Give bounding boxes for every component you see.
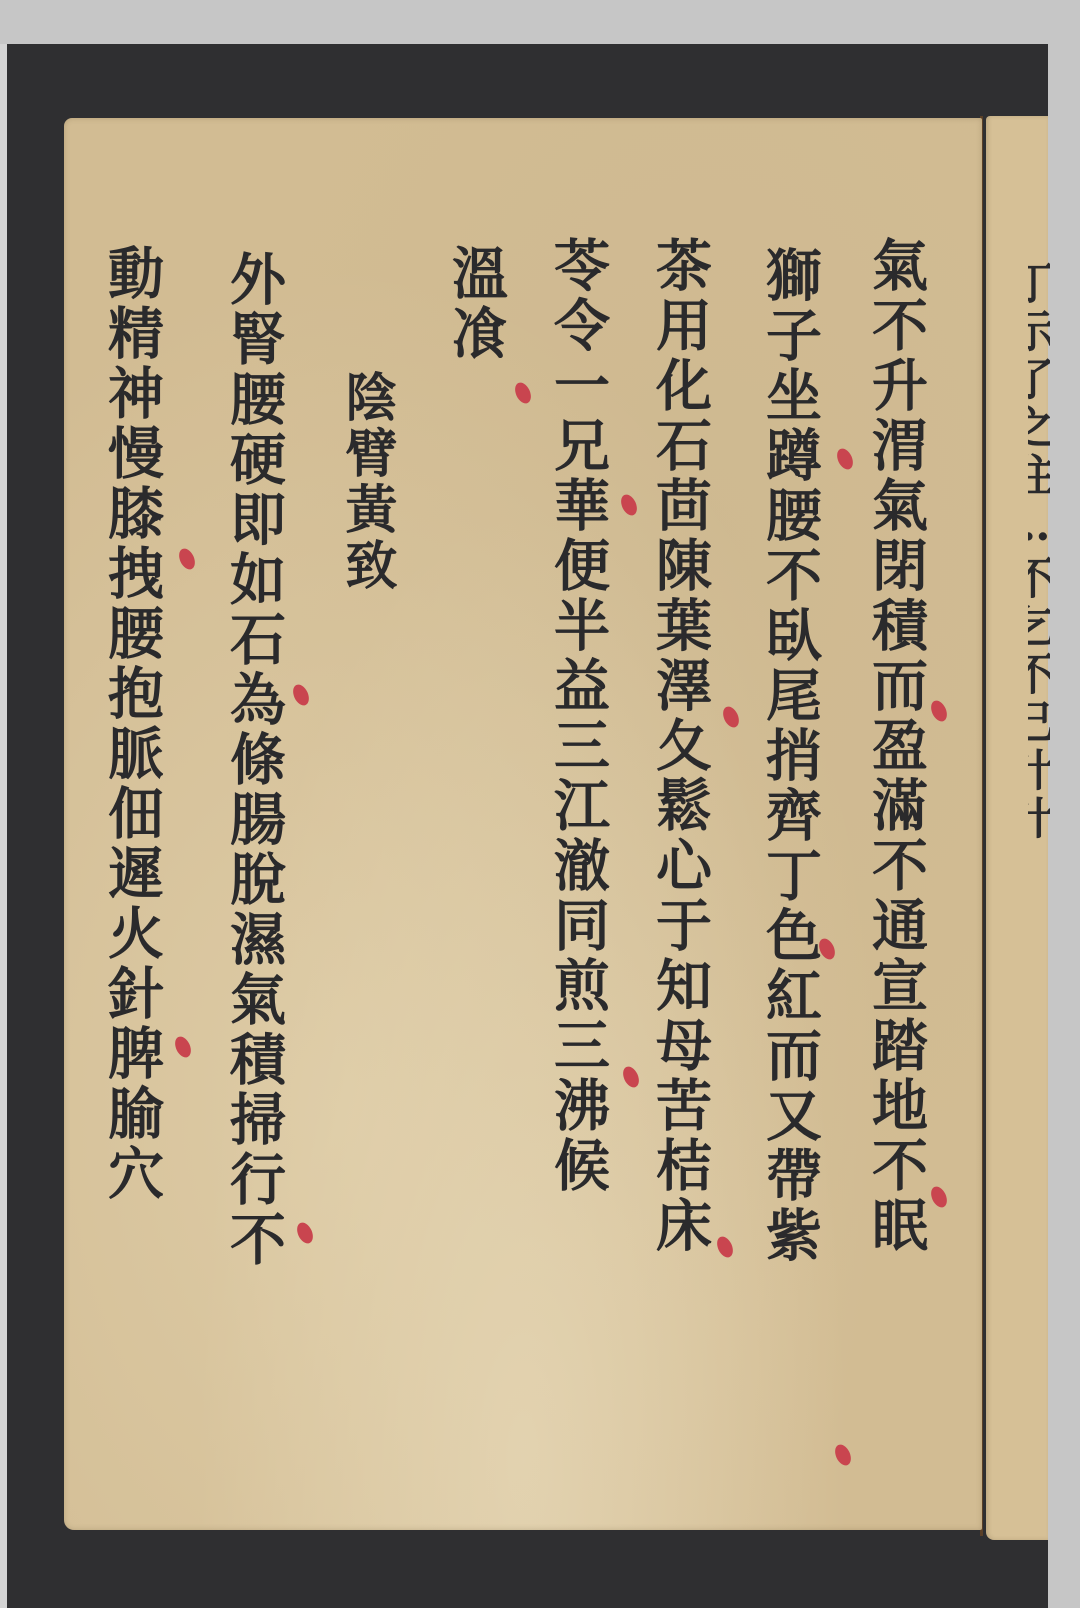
text-column-7: 外腎腰硬即如石為條腸脫濕氣積掃行不 [226,250,282,1270]
text-column-1: 氣不升渭氣閉積而盈滿不通宣踏地不眠 [868,236,924,1256]
adjacent-page-text: 丁示了之住…不乞不己汁汁 [1028,260,1050,1440]
text-column-5: 溫飡 [448,244,504,364]
text-column-4: 苓令一兄華便半益三江澈同煎三沸候 [550,236,606,1196]
text-column-8: 動精神慢膝拽腰抱脈佃遲火針脾腧穴 [104,244,160,1204]
text-column-2: 獅子坐蹲腰不臥尾捎齊丁色紅而又帶紫 [762,246,818,1266]
manuscript-page [64,118,982,1530]
scan-margin-strip [0,44,7,1608]
section-heading: 陰臂黃致 [340,370,392,594]
text-column-3: 茶用化石茴陳葉澤夂鬆心于知母苦桔床 [652,236,708,1256]
